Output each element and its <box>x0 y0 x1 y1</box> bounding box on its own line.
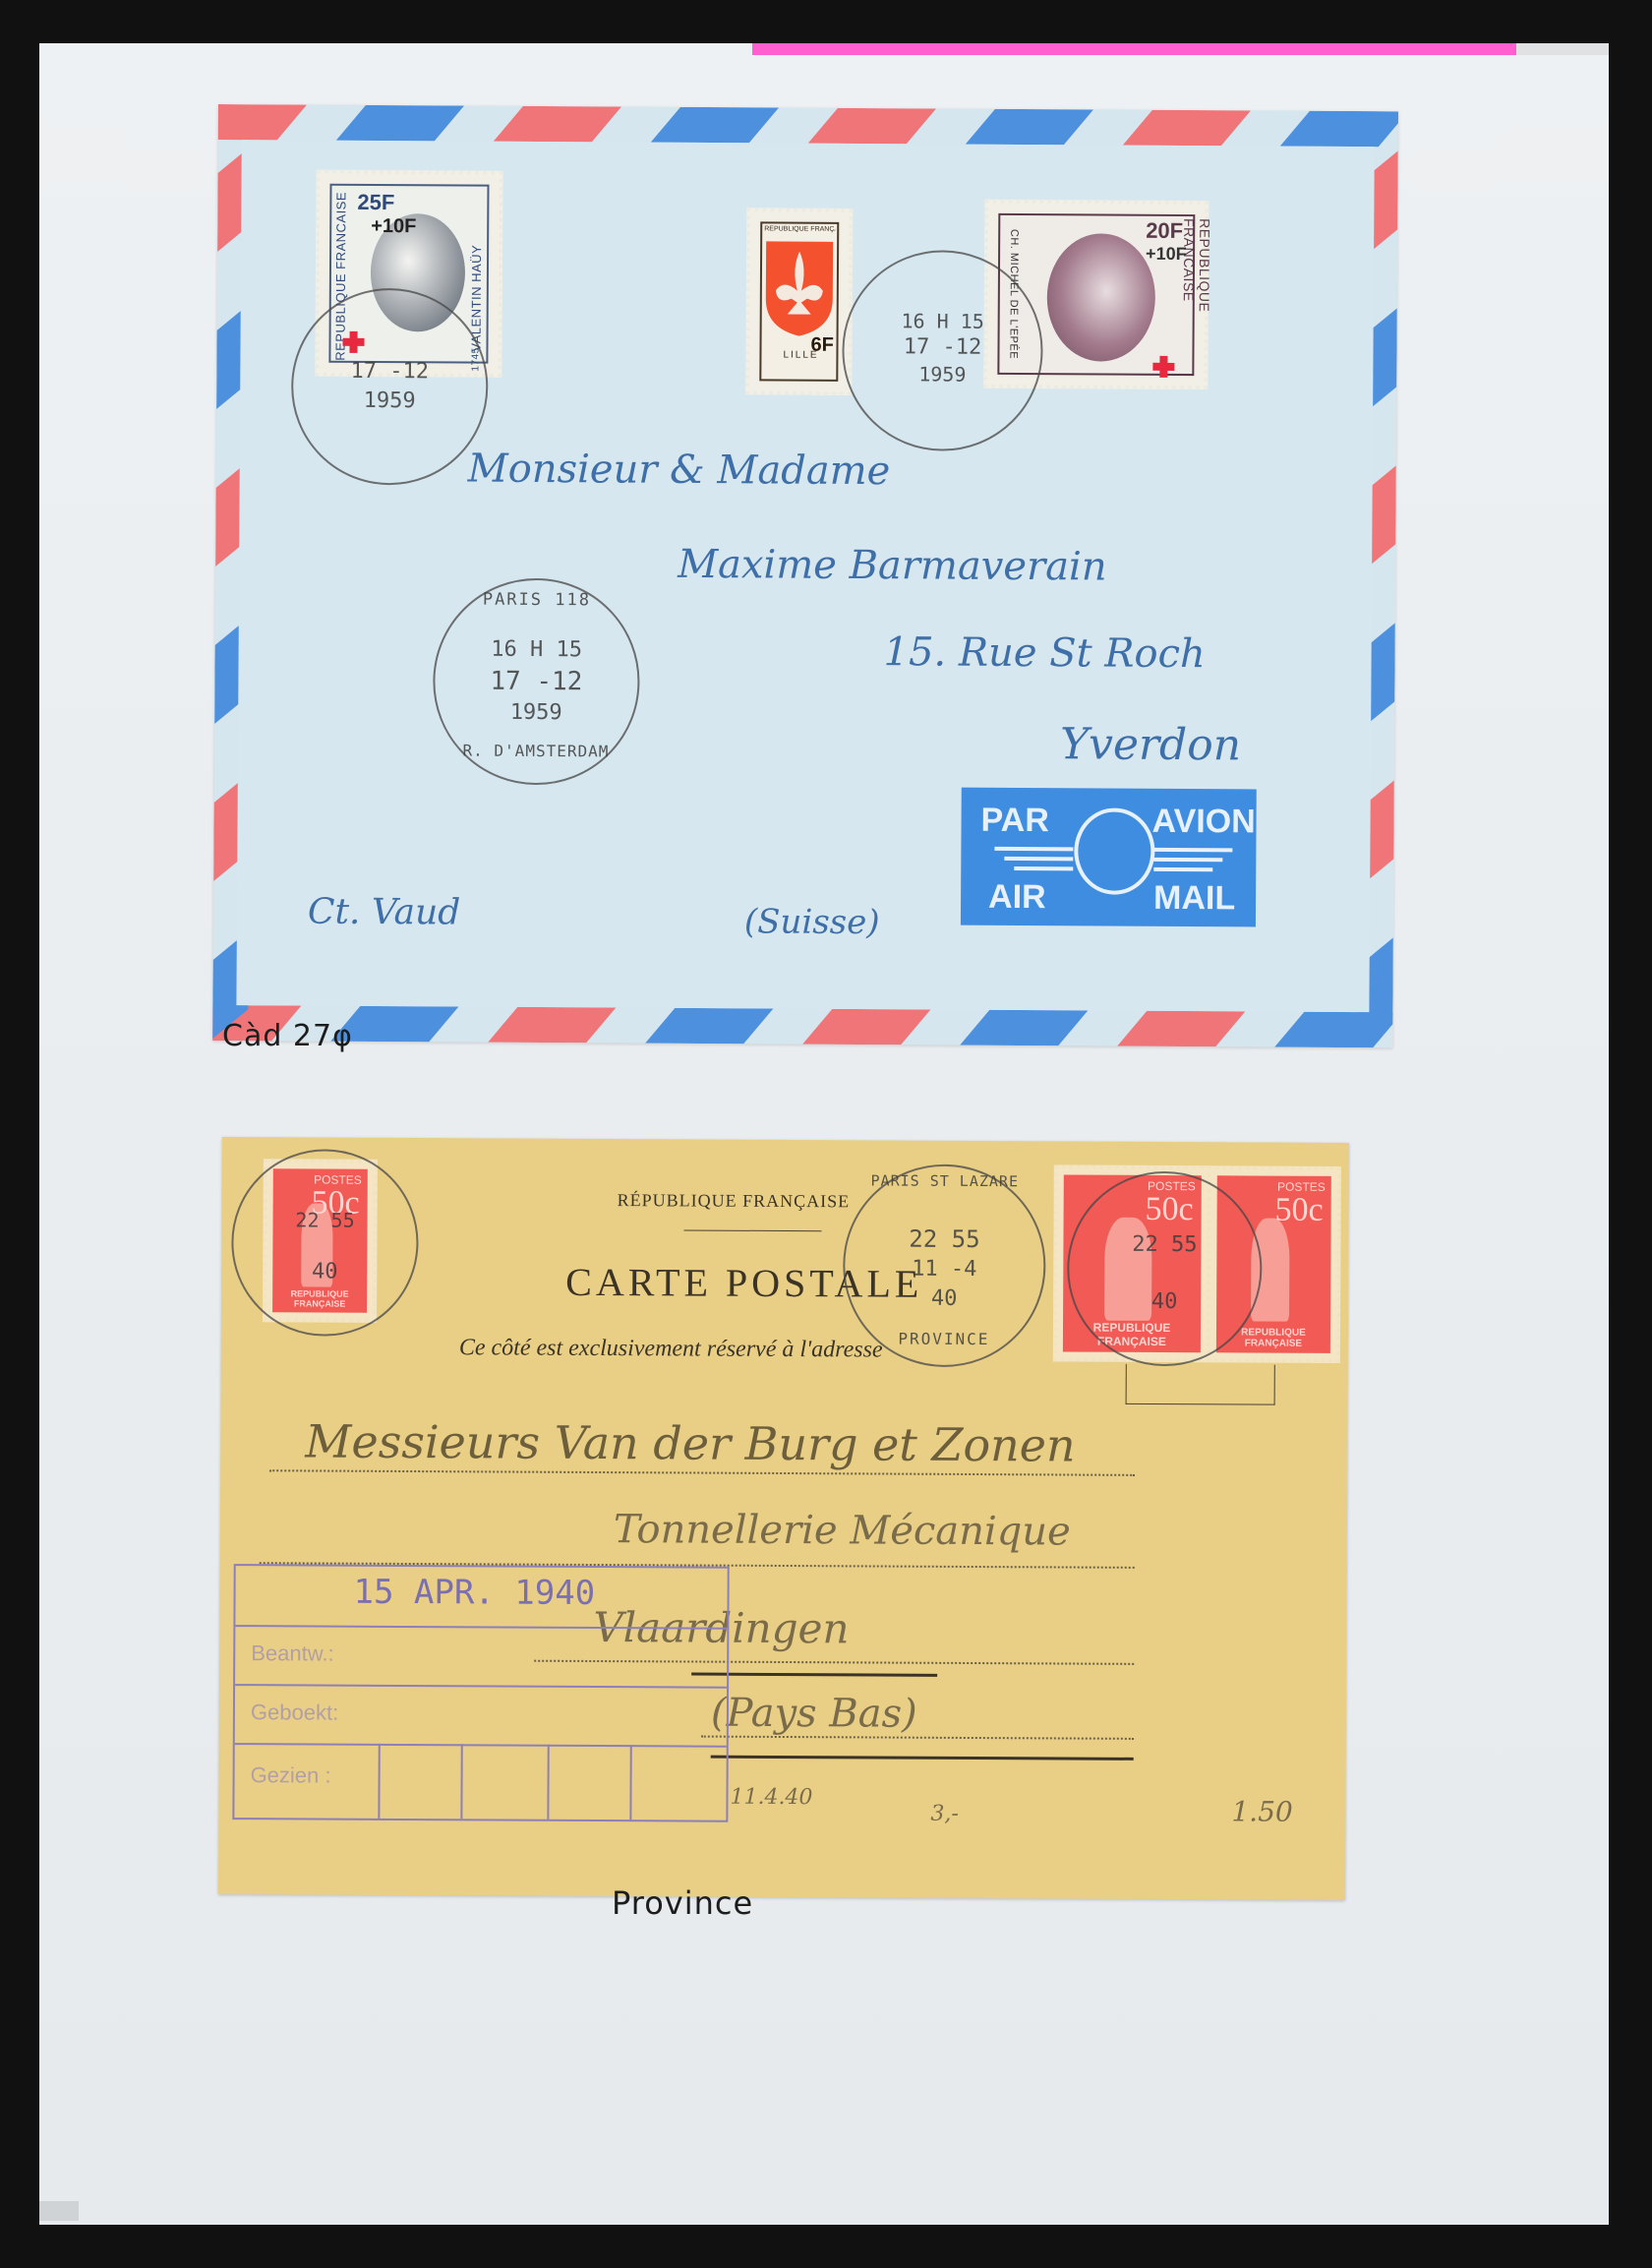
address-line-2: Tonnellerie Mécanique <box>614 1507 1071 1554</box>
postmark-year: 1959 <box>293 388 486 413</box>
postmark-cancel: 16 H 15 17 -12 1959 <box>842 250 1043 451</box>
pencil-note-price: 3,- <box>930 1802 959 1826</box>
postmark-paris-st-lazare: 22 55 40 <box>231 1149 419 1337</box>
address-line-2: Maxime Barmaverain <box>678 542 1107 590</box>
postmark-top: PARIS ST LAZARE <box>846 1171 1044 1190</box>
stamp-lille: REPUBLIQUE FRANÇAISE LILLE 6F <box>745 208 853 395</box>
postmark-year: 40 <box>1069 1289 1260 1315</box>
address-canton: Ct. Vaud <box>308 892 461 933</box>
address-line-4: Yverdon <box>1060 719 1241 770</box>
stamp-country: REPUBLIQUE FRANÇAISE <box>764 225 835 232</box>
postmark-date: 17 -12 <box>844 334 1040 360</box>
header-divider <box>684 1229 822 1231</box>
stamp-value: 25F <box>357 190 394 215</box>
postmark-paris-st-lazare: PARIS ST LAZARE 22 55 11 -4 40 PROVINCE <box>843 1164 1046 1367</box>
label-par: PAR <box>980 802 1049 840</box>
label-avion: AVION <box>1151 803 1255 842</box>
postmark-time: 16 H 15 <box>436 636 638 662</box>
address-line-4: (Pays Bas) <box>711 1691 917 1737</box>
postmark-paris-118: PARIS 118 16 H 15 17 -12 1959 R. D'AMSTE… <box>433 577 640 785</box>
address-line-1: Messieurs Van der Burg et Zonen <box>305 1414 1075 1471</box>
address-line-1: Monsieur & Madame <box>468 447 891 495</box>
field-geboekt: Geboekt: <box>251 1700 338 1725</box>
postcard-caption: Province <box>612 1884 753 1922</box>
country-underline <box>711 1756 1134 1761</box>
postcard-header: RÉPUBLIQUE FRANÇAISE <box>618 1190 851 1212</box>
label-mail: MAIL <box>1153 879 1235 919</box>
postmark-date: 11 -4 <box>845 1256 1043 1282</box>
address-rule <box>701 1736 1134 1740</box>
postmark-time: 22 55 <box>845 1224 1043 1253</box>
postmark-paris-st-lazare: 22 55 40 <box>1067 1171 1263 1367</box>
pencil-note-price-2: 1.50 <box>1231 1795 1293 1827</box>
postmark-time: 22 55 <box>233 1208 416 1232</box>
postmark-date: 17 -12 <box>293 358 486 384</box>
pencil-note-date: 11.4.40 <box>730 1785 812 1810</box>
red-cross-icon <box>1152 356 1174 378</box>
receiving-date: 15 APR. 1940 <box>353 1573 595 1613</box>
postmark-bottom: PROVINCE <box>845 1329 1043 1348</box>
carte-postale: RÉPUBLIQUE FRANÇAISE CARTE POSTALE Ce cô… <box>218 1137 1349 1900</box>
postmark-top: PARIS 118 <box>436 589 638 610</box>
stamp-surcharge: +10F <box>371 215 416 238</box>
cover-caption: Càd 27φ <box>222 1019 353 1053</box>
address-line-3: 15. Rue St Roch <box>883 629 1205 677</box>
postmark-year: 40 <box>233 1259 416 1284</box>
stamp-subject: VALENTIN HAÜY <box>468 205 484 352</box>
stamp-value: 6F <box>810 334 833 357</box>
fleur-de-lis-shield-icon <box>764 239 836 337</box>
airmail-cover: REPUBLIQUE FRANCAISE 25F +10F VALENTIN H… <box>212 104 1398 1047</box>
postmark-time: 22 55 <box>1069 1232 1260 1258</box>
page-corner <box>39 2201 79 2221</box>
par-avion-label: PAR AVION AIR MAIL <box>961 788 1257 927</box>
stamp-value: 50c <box>1274 1192 1323 1229</box>
winged-globe-icon <box>1074 807 1155 894</box>
field-gezien: Gezien : <box>251 1762 331 1788</box>
postcard-subtitle: Ce côté est exclusivement réservé à l'ad… <box>459 1335 883 1363</box>
field-beantw: Beantw.: <box>251 1641 334 1666</box>
page-tab-marker <box>752 43 1516 55</box>
stamp-value: 20F <box>1146 218 1183 244</box>
address-country: (Suisse) <box>744 902 880 942</box>
stamp-surcharge: +10F <box>1146 244 1187 265</box>
postmark-year: 1959 <box>844 362 1040 387</box>
postmark-year: 40 <box>845 1285 1043 1311</box>
receiving-stamp: 15 APR. 1940 Beantw.: Geboekt: Gezien : <box>232 1564 729 1822</box>
postmark-date: 17 -12 <box>435 666 637 696</box>
postmark-year: 1959 <box>435 699 637 725</box>
postmark-bottom: R. D'AMSTERDAM <box>435 741 637 760</box>
label-air: AIR <box>988 878 1046 917</box>
page-tab-end <box>1516 43 1609 55</box>
postmark-time: 16 H 15 <box>845 309 1041 333</box>
corner-box <box>1126 1364 1275 1405</box>
postmark-cancel: 17 -12 1959 <box>291 287 489 485</box>
